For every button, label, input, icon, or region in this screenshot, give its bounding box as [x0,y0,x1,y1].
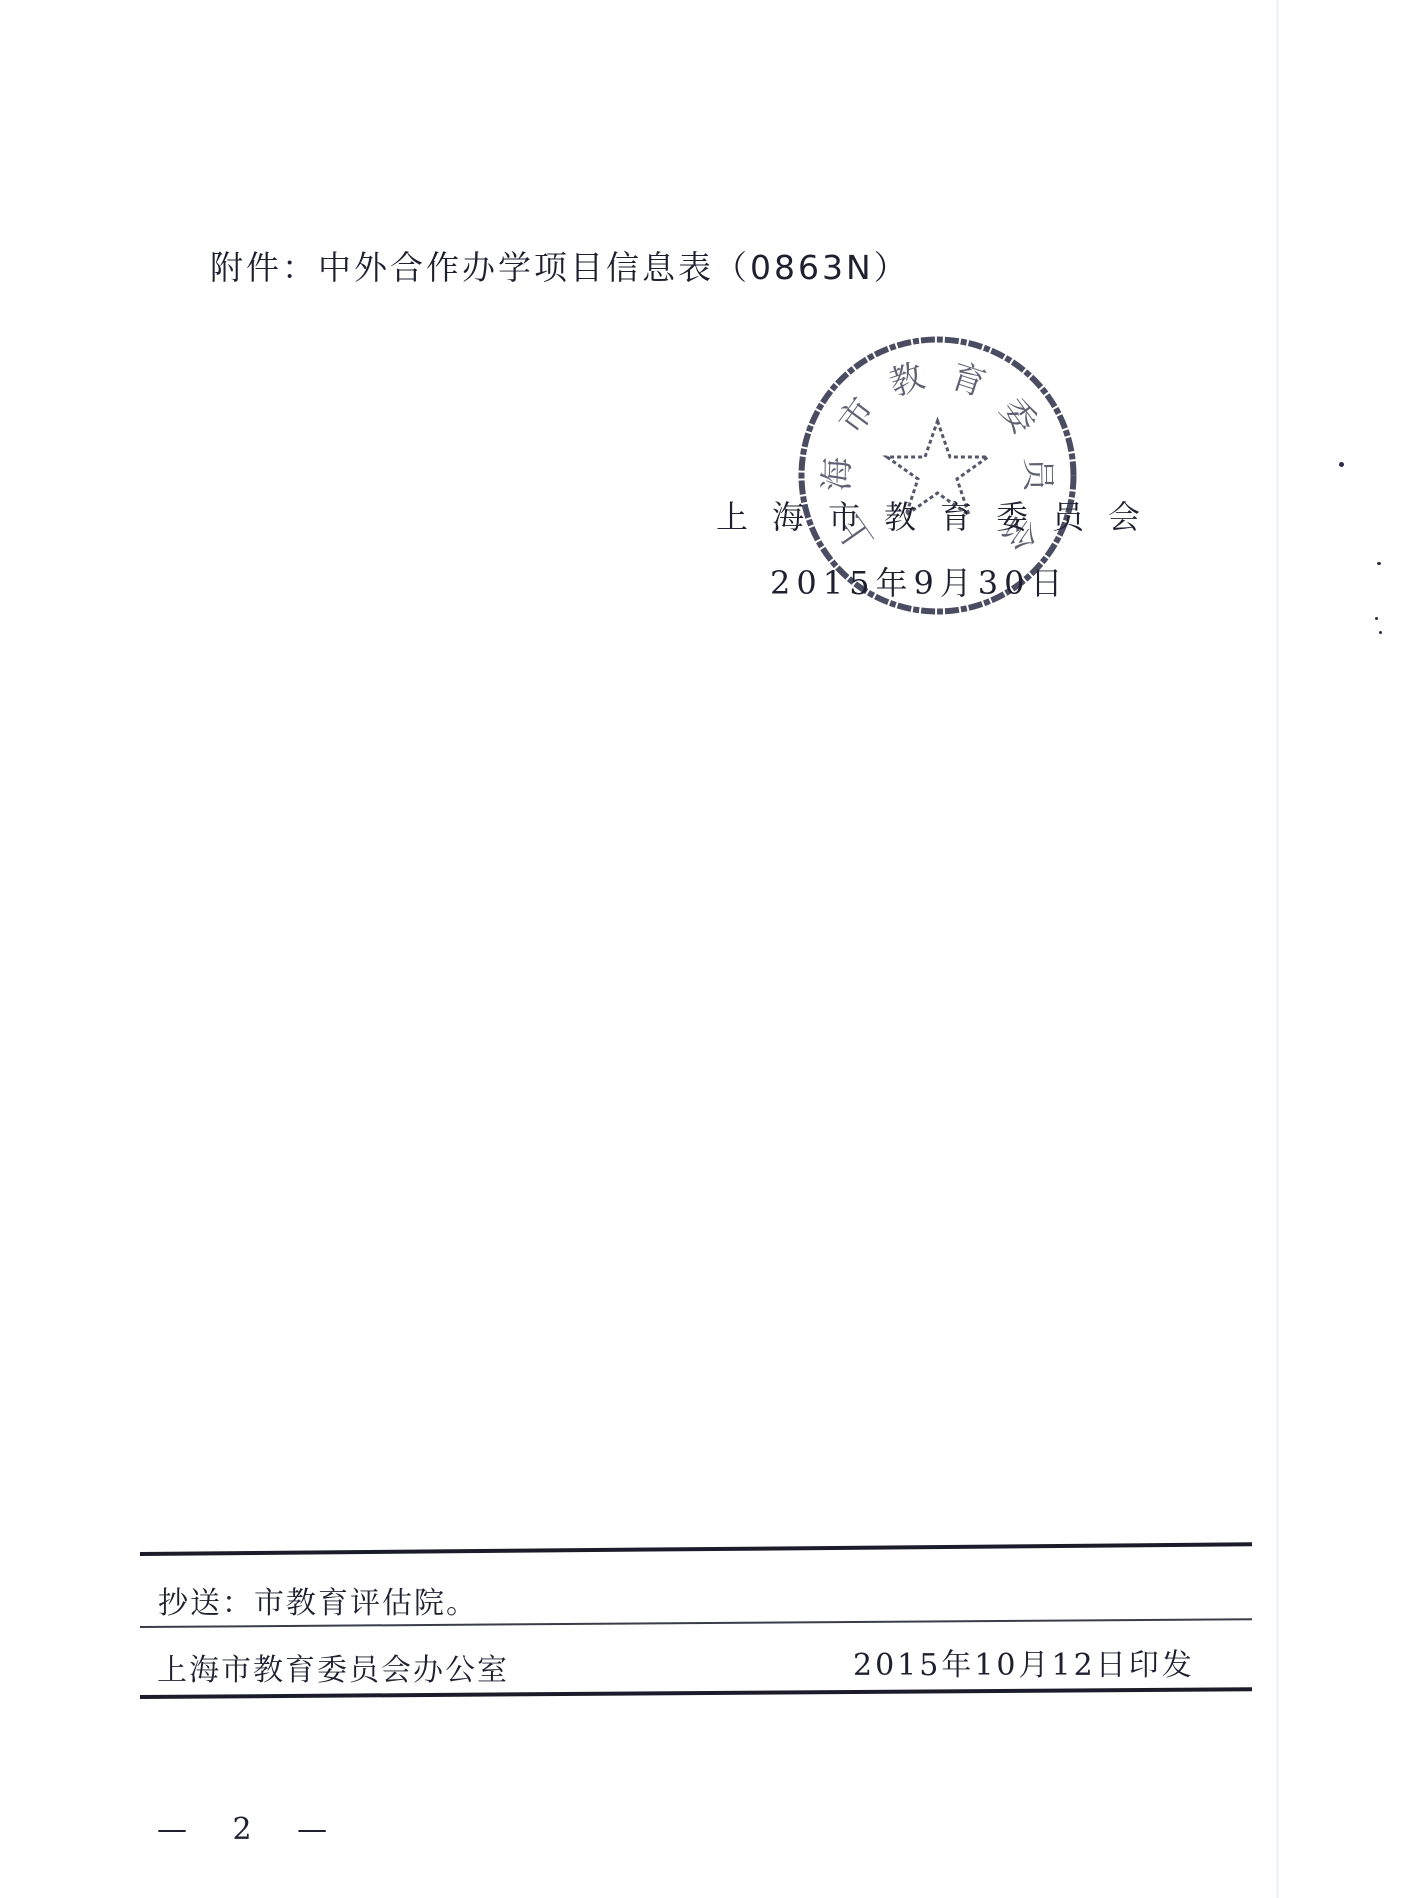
signature-date: 2015年9月30日 [770,558,1069,604]
page-fold-line [1276,0,1279,1898]
attachment-line: 附件：中外合作办学项目信息表（0863N） [210,242,910,289]
issuing-office: 上海市教育委员会办公室 [157,1645,509,1689]
print-date: 2015年10月12日印发 [853,1640,1195,1684]
stamp-char: 委 [992,391,1044,442]
page-number: — 2 — [157,1812,345,1847]
stamp-char: 海 [817,457,857,491]
scan-speck [1375,617,1378,620]
footer-bottom-rule [140,1687,1252,1699]
scan-speck [1339,462,1344,467]
stamp-char: 市 [831,391,883,442]
stamp-char: 教 [885,356,930,404]
scan-speck [1377,562,1381,565]
stamp-char: 育 [946,356,991,404]
scan-speck [1379,631,1382,634]
cc-line: 抄送：市教育评估院。 [158,1578,478,1622]
stamp-char: 员 [1017,457,1057,494]
issuer-name: 上海市教育委员会 [716,492,1164,538]
footer-top-rule [140,1542,1252,1556]
